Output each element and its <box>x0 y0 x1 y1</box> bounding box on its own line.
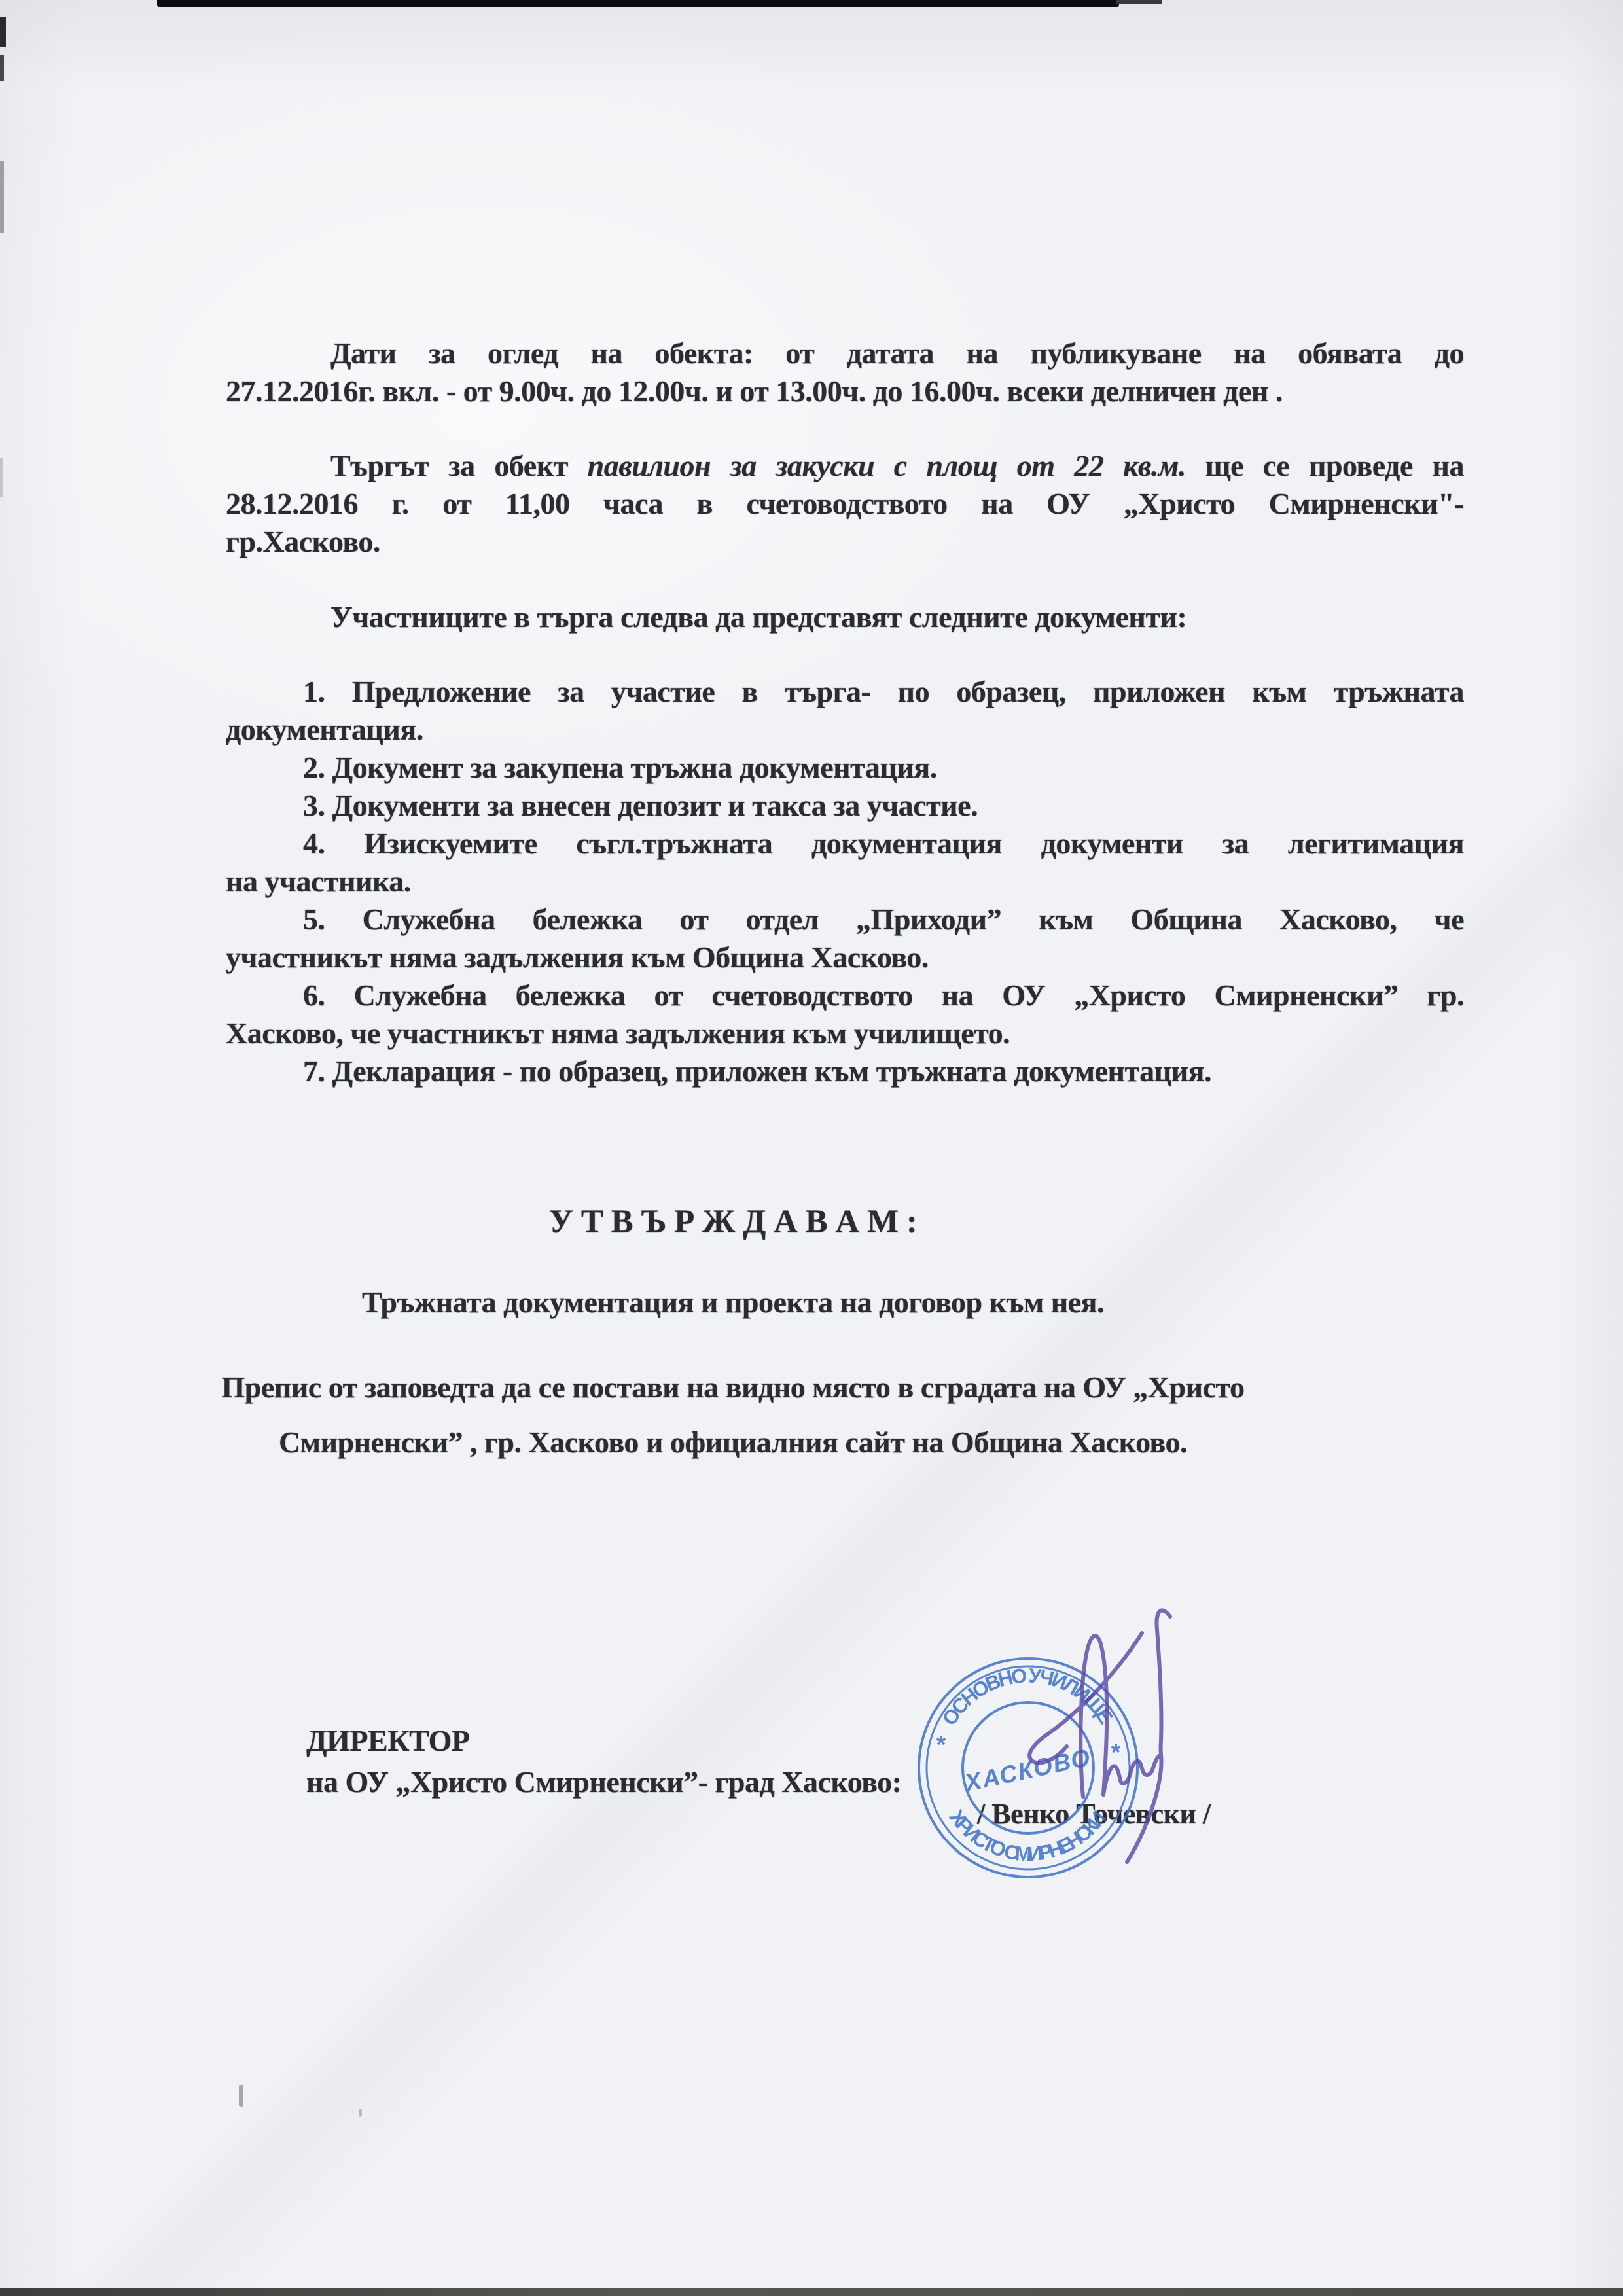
director-block: ДИРЕКТОР на ОУ „Христо Смирненски”- град… <box>306 1720 901 1803</box>
list-item-1-cont: документация. <box>226 711 1464 749</box>
scan-artifact-left-edge <box>0 17 6 47</box>
list-item-4-cont: на участника. <box>226 863 1464 901</box>
paragraph-line: гр.Хасково. <box>226 523 1464 561</box>
signature-stroke <box>1080 1636 1107 1797</box>
scan-artifact-left-edge <box>0 55 4 81</box>
stamp-center-text: ХАСКОВО <box>961 1744 1094 1797</box>
paragraph-line: Търгът за обект павилион за закуски с пл… <box>226 447 1464 485</box>
scan-artifact-left-edge <box>0 458 3 497</box>
round-school-stamp: ОСНОВНО УЧИЛИЩЕ ХРИСТО СМИРНЕНСКИ * * ХА… <box>919 1659 1137 1877</box>
paragraph-line: 27.12.2016г. вкл. - от 9.00ч. до 12.00ч.… <box>226 372 1464 410</box>
signer-name: / Венко Точевски / <box>977 1795 1211 1833</box>
list-item-4: 4. Изискуемите съгл.тръжната документаци… <box>226 825 1464 863</box>
stamp-top-arc-text: ОСНОВНО УЧИЛИЩЕ <box>938 1664 1119 1730</box>
stamp-star-right: * <box>1111 1739 1121 1767</box>
director-school-line: на ОУ „Христо Смирненски”- град Хасково: <box>306 1761 901 1803</box>
list-item-5: 5. Служебна бележка от отдел „Приходи” к… <box>226 901 1464 939</box>
requirements-list: 1. Предложение за участие в търга- по об… <box>226 673 1464 1090</box>
list-item-5-cont: участникът няма задължения към Община Ха… <box>226 939 1464 977</box>
scan-artifact-bottom-bar <box>0 2288 1623 2296</box>
list-item-2: 2. Документ за закупена тръжна документа… <box>226 749 1464 787</box>
scanned-document-page: Дати за оглед на обекта: от датата на пу… <box>0 0 1623 2296</box>
participants-heading: Участниците в търга следва да представят… <box>226 598 1464 636</box>
paragraph-line: 28.12.2016 г. от 11,00 часа в счетоводст… <box>226 485 1464 523</box>
scan-artifact-top-mark <box>1116 0 1162 4</box>
svg-text:ОСНОВНО УЧИЛИЩЕ: ОСНОВНО УЧИЛИЩЕ <box>938 1664 1119 1730</box>
stamp-star-left: * <box>936 1731 946 1759</box>
stamp-mid-ring <box>927 1666 1130 1869</box>
signature-stroke <box>1103 1755 1161 1795</box>
publish-line: Смирненски” , гр. Хасково и официалния с… <box>114 1415 1352 1470</box>
signature-stroke <box>1156 1610 1170 1755</box>
approve-heading: У Т В Ъ Р Ж Д А В А М : <box>114 1202 1352 1242</box>
auction-object-italic: павилион за закуски с площ от 22 кв.м. <box>588 449 1186 482</box>
approve-subject: Тръжната документация и проекта на догов… <box>114 1283 1352 1321</box>
signature-stroke <box>1029 1633 1142 1763</box>
publish-notice: Препис от заповедта да се постави на вид… <box>114 1360 1352 1470</box>
list-item-6-cont: Хасково, че участникът няма задължения к… <box>226 1014 1464 1052</box>
scan-artifact-top-bar <box>157 0 1119 7</box>
list-item-1: 1. Предложение за участие в търга- по об… <box>226 673 1464 711</box>
list-item-6: 6. Служебна бележка от счетоводството на… <box>226 977 1464 1014</box>
scan-artifact-left-edge <box>0 161 4 233</box>
auction-suffix: ще се проведе на <box>1205 449 1464 482</box>
paragraph-viewing-dates: Дати за оглед на обекта: от датата на пу… <box>226 334 1464 410</box>
list-item-3: 3. Документи за внесен депозит и такса з… <box>226 787 1464 825</box>
paragraph-auction-details: Търгът за обект павилион за закуски с пл… <box>226 447 1464 561</box>
auction-prefix: Търгът за обект <box>330 449 568 482</box>
scan-artifact-speckle <box>239 2085 243 2107</box>
stamp-outer-ring <box>919 1659 1137 1877</box>
scan-artifact-speckle <box>359 2109 362 2117</box>
list-item-7: 7. Декларация - по образец, приложен към… <box>226 1052 1464 1090</box>
publish-line: Препис от заповедта да се постави на вид… <box>114 1360 1352 1415</box>
director-title: ДИРЕКТОР <box>306 1720 901 1761</box>
paragraph-line: Дати за оглед на обекта: от датата на пу… <box>226 334 1464 372</box>
